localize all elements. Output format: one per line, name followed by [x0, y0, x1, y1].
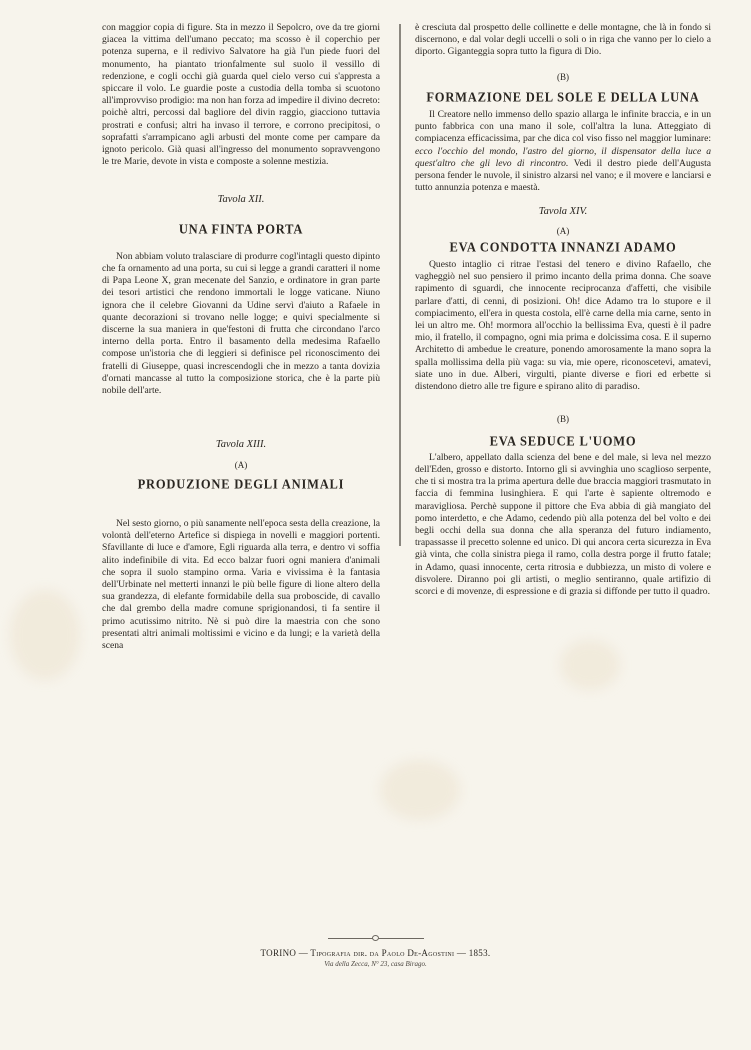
section-title-formazione-del-sole: FORMAZIONE DEL SOLE E DELLA LUNA	[415, 90, 711, 103]
imprint-address: Via della Zecca, N° 23, casa Birago.	[0, 960, 751, 968]
section-title-eva-condotta: EVA CONDOTTA INNANZI ADAMO	[415, 240, 711, 253]
section-marker-b: (B)	[415, 71, 711, 83]
intro-paragraph: con maggior copia di figure. Sta in mezz…	[102, 22, 380, 168]
section-body-una-finta-porta: Non abbiam voluto tralasciare di produrr…	[102, 251, 380, 397]
tavola-xiv-label: Tavola XIV.	[415, 206, 711, 218]
section-title-una-finta-porta: UNA FINTA PORTA	[102, 222, 380, 235]
body-text: Il Creatore nello immenso dello spazio a…	[415, 109, 711, 144]
imprint-line: TORINO — Tipografia dir. da Paolo De-Ago…	[0, 948, 751, 958]
paper-stain	[380, 760, 460, 820]
section-body-eva-seduce: L'albero, appellato dalla scienza del be…	[415, 452, 711, 598]
tavola-xii-label: Tavola XII.	[102, 194, 380, 206]
continuation-paragraph: è cresciuta dal prospetto delle collinet…	[415, 22, 711, 59]
section-title-produzione-degli-animali: PRODUZIONE DEGLI ANIMALI	[102, 477, 380, 490]
section-body-formazione-del-sole: Il Creatore nello immenso dello spazio a…	[415, 109, 711, 194]
section-body-eva-condotta: Questo intaglio ci ritrae l'estasi del t…	[415, 259, 711, 393]
section-body-produzione-degli-animali: Nel sesto giorno, o più sanamente nell'e…	[102, 518, 380, 652]
ornament-rule-icon	[328, 935, 424, 941]
tavola-xiii-label: Tavola XIII.	[102, 439, 380, 451]
section-title-eva-seduce: EVA SEDUCE L'UOMO	[415, 435, 711, 448]
column-divider-rule	[399, 24, 401, 546]
printer-imprint: TORINO — Tipografia dir. da Paolo De-Ago…	[0, 928, 751, 968]
imprint-text: TORINO — Tipografia dir. da Paolo De-Ago…	[261, 948, 491, 958]
paper-stain	[560, 640, 620, 690]
section-marker-a: (A)	[102, 459, 380, 471]
left-column: con maggior copia di figure. Sta in mezz…	[102, 22, 380, 652]
right-column: è cresciuta dal prospetto delle collinet…	[415, 22, 711, 598]
section-marker-b: (B)	[415, 413, 711, 425]
section-marker-a: (A)	[415, 225, 711, 237]
paper-stain	[10, 590, 80, 680]
